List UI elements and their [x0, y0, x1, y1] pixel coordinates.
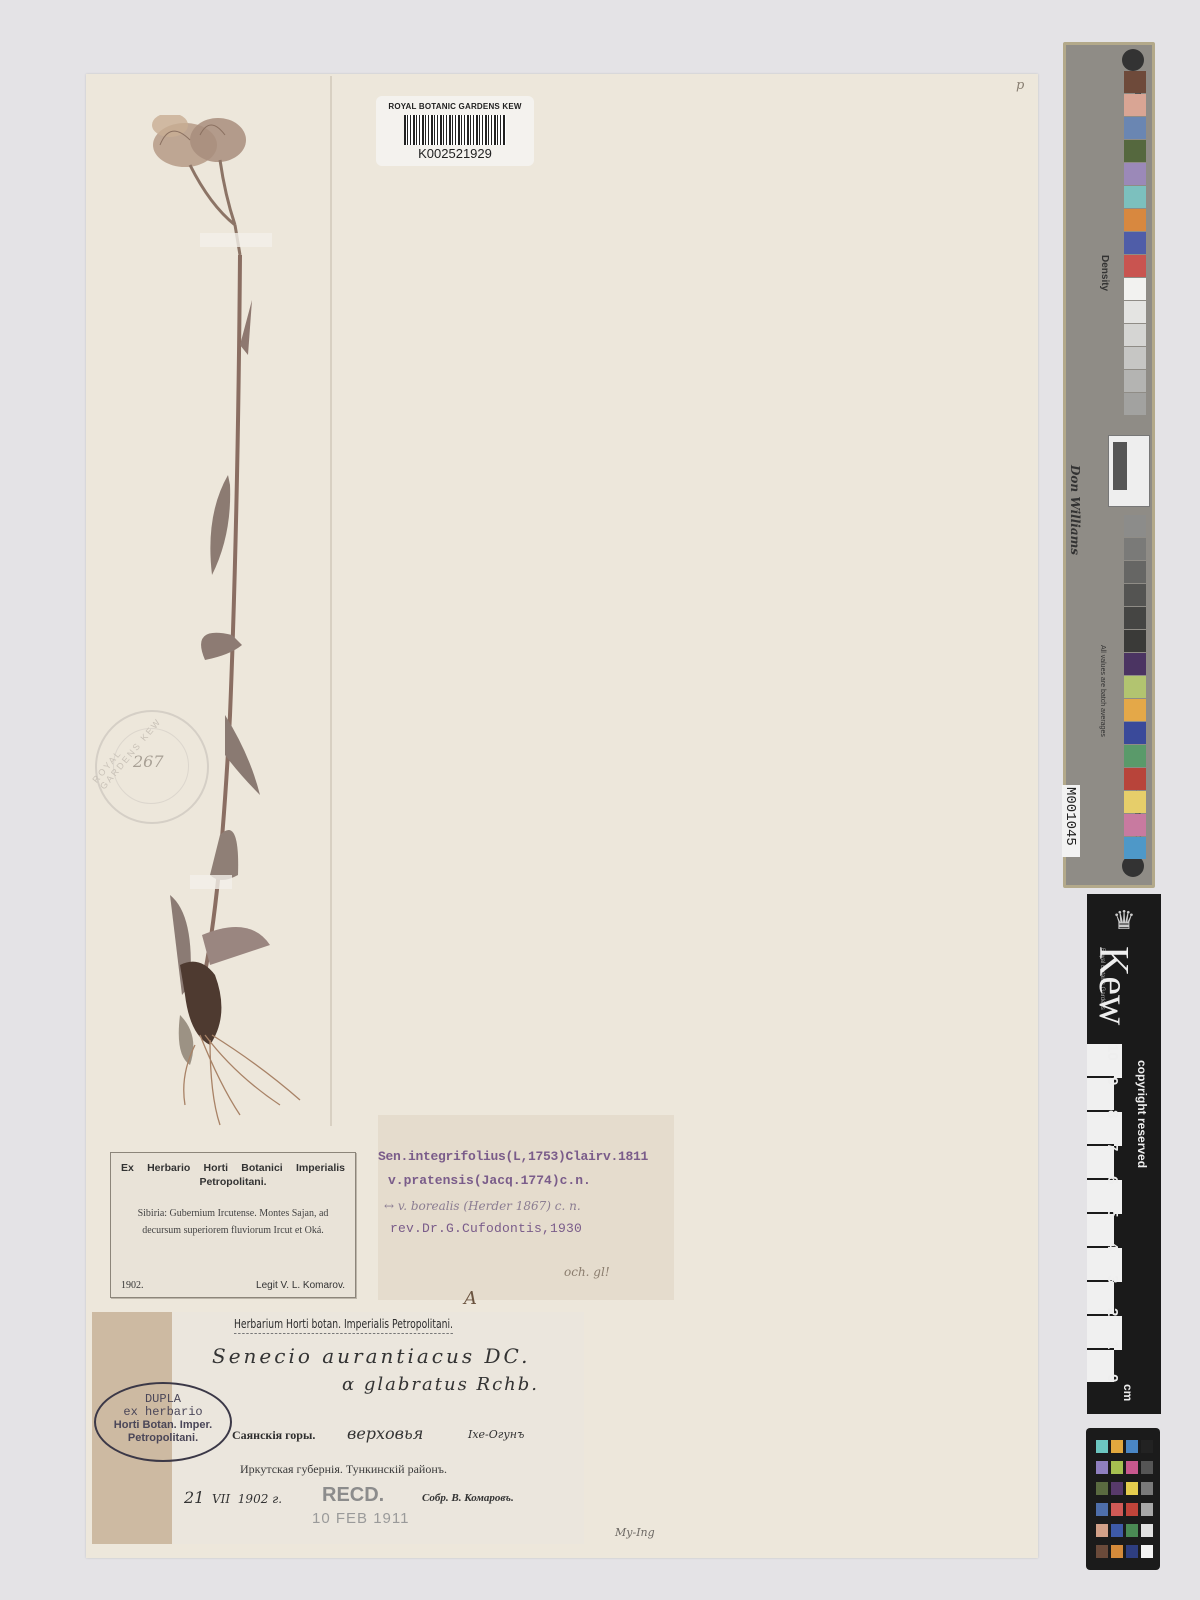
- petropolitani-label: Herbarium Horti botan. Imperialis Petrop…: [172, 1312, 584, 1544]
- barcode-label: ROYAL BOTANIC GARDENS KEW K002521929: [376, 96, 534, 166]
- det-line-1: Sen.integrifolius(L,1753)Clairv.1811: [378, 1149, 648, 1164]
- handwritten-locality: верховья: [347, 1424, 423, 1443]
- checker-cell: [1126, 1545, 1138, 1558]
- color-swatch: [1124, 186, 1146, 208]
- color-swatch: [1124, 699, 1146, 721]
- swatch-column-top: [1124, 71, 1146, 416]
- dupla-stamp: DUPLA ex herbario Horti Botan. Imper. Pe…: [94, 1382, 232, 1462]
- color-swatch: [1124, 71, 1146, 93]
- density-label: Density: [1099, 255, 1110, 291]
- checker-cell: [1126, 1482, 1138, 1495]
- checker-cell: [1141, 1440, 1153, 1453]
- determination-slip: Sen.integrifolius(L,1753)Clairv.1811 v.p…: [378, 1115, 674, 1300]
- ruler-number: 7: [1104, 1143, 1121, 1151]
- stamp-number: 267: [133, 752, 164, 771]
- ruler-number: 10: [1104, 1044, 1121, 1061]
- color-swatch: [1124, 94, 1146, 116]
- checker-cell: [1096, 1503, 1108, 1516]
- maker-label: Don Williams: [1068, 465, 1082, 555]
- checker-cell: [1126, 1503, 1138, 1516]
- kew-logo: Kew: [1089, 946, 1137, 1025]
- color-swatch: [1124, 722, 1146, 744]
- checker-cell: [1141, 1503, 1153, 1516]
- collector: Legit V. L. Komarov.: [256, 1280, 345, 1291]
- color-swatch: [1124, 745, 1146, 767]
- color-swatch: [1124, 232, 1146, 254]
- color-swatch: [1124, 301, 1146, 323]
- checker-cell: [1111, 1482, 1123, 1495]
- checker-cell: [1141, 1524, 1153, 1537]
- unit-label: cm: [1121, 1384, 1135, 1401]
- color-swatch: [1124, 324, 1146, 346]
- color-swatch: [1124, 278, 1146, 300]
- color-swatch: [1124, 837, 1146, 859]
- checker-cell: [1141, 1461, 1153, 1474]
- hole-icon: [1122, 49, 1144, 71]
- checker-cell: [1096, 1440, 1108, 1453]
- locality-line-1: Sibiria: Gubernium Ircutense. Montes Saj…: [119, 1205, 347, 1222]
- collection-year: 1902.: [121, 1280, 144, 1291]
- mounting-strap: [200, 233, 272, 247]
- barcode-icon: [404, 115, 506, 145]
- color-swatch: [1124, 561, 1146, 583]
- barcode-number: K002521929: [376, 146, 534, 161]
- det-note: och. gl!: [564, 1265, 610, 1279]
- handwritten-locality-2: Іхе-Огунъ: [468, 1428, 524, 1441]
- handwritten-name: Senecio aurantiacus DC.: [212, 1344, 530, 1368]
- checker-cell: [1111, 1503, 1123, 1516]
- printed-locality: Саянскія горы.: [232, 1428, 315, 1443]
- color-swatch: [1124, 347, 1146, 369]
- kew-accession-stamp: ROYAL GARDENS KEW 267: [95, 710, 209, 824]
- color-swatch: [1124, 791, 1146, 813]
- received-date: 10 FEB 1911: [312, 1510, 409, 1527]
- label-header: Ex Herbario Horti Botanici Imperialis Pe…: [111, 1153, 355, 1189]
- checker-cell: [1126, 1440, 1138, 1453]
- checker-cell: [1141, 1545, 1153, 1558]
- color-swatch: [1124, 393, 1146, 415]
- det-line-2: v.pratensis(Jacq.1774)c.n.: [388, 1173, 591, 1188]
- copyright-text: copyright reserved: [1135, 1060, 1149, 1168]
- ruler-number: 1: [1104, 1341, 1121, 1349]
- checker-cell: [1096, 1545, 1108, 1558]
- color-swatch: [1124, 607, 1146, 629]
- det-mark: A: [464, 1288, 477, 1309]
- checker-cell: [1096, 1461, 1108, 1474]
- ruler-number: 3: [1104, 1275, 1121, 1283]
- ruler-number: 8: [1104, 1110, 1121, 1118]
- checker-cell: [1126, 1524, 1138, 1537]
- checker-cell: [1111, 1461, 1123, 1474]
- ex-herbario-label: Ex Herbario Horti Botanici Imperialis Pe…: [110, 1152, 356, 1298]
- checker-cell: [1126, 1461, 1138, 1474]
- color-swatch: [1124, 140, 1146, 162]
- corner-mark: p: [1016, 78, 1024, 93]
- royal-crest-icon: ♛: [1109, 902, 1139, 938]
- printed-region: Иркутская губернія. Тункинскій районъ.: [240, 1462, 447, 1477]
- color-swatch: [1124, 653, 1146, 675]
- color-swatch: [1124, 538, 1146, 560]
- ruler-number: 0: [1104, 1374, 1121, 1382]
- checker-cell: [1111, 1440, 1123, 1453]
- swatch-column-bottom: [1124, 515, 1146, 860]
- det-line-4: rev.Dr.G.Cufodontis,1930: [390, 1221, 582, 1236]
- color-swatch: [1124, 584, 1146, 606]
- color-swatch: [1124, 515, 1146, 537]
- grey-insert: [1108, 435, 1150, 507]
- checker-cell: [1096, 1482, 1108, 1495]
- ruler-number: 4: [1104, 1242, 1121, 1250]
- ruler-number: 6: [1104, 1176, 1121, 1184]
- color-swatch: [1124, 255, 1146, 277]
- det-line-3: ↔ v. borealis (Herder 1867) c. n.: [384, 1199, 581, 1213]
- color-swatch: [1124, 768, 1146, 790]
- checker-cell: [1096, 1524, 1108, 1537]
- label-header: Herbarium Horti botan. Imperialis Petrop…: [234, 1316, 453, 1334]
- collection-date: 21 VII 1902 г.: [184, 1488, 282, 1507]
- checker-cell: [1141, 1482, 1153, 1495]
- ruler-number: 9: [1104, 1077, 1121, 1085]
- checker-cell: [1111, 1545, 1123, 1558]
- pencil-note: My-Ing: [615, 1526, 655, 1539]
- collector: Собр. В. Комаровъ.: [422, 1492, 514, 1504]
- received-stamp: RECD.: [322, 1484, 384, 1507]
- mini-color-checker: [1086, 1428, 1160, 1570]
- institution-name: ROYAL BOTANIC GARDENS KEW: [376, 102, 534, 111]
- chart-id: M001045: [1062, 785, 1080, 857]
- color-swatch: [1124, 209, 1146, 231]
- plant-specimen: [140, 115, 340, 1145]
- locality-line-2: decursum superiorem fluviorum Ircut et O…: [119, 1222, 347, 1239]
- ruler-number: 5: [1104, 1209, 1121, 1217]
- color-calibration-chart: inches Density Don Williams All values a…: [1063, 42, 1155, 888]
- color-swatch: [1124, 163, 1146, 185]
- flower-heads-icon: [152, 115, 246, 167]
- color-swatch: [1124, 676, 1146, 698]
- handwritten-variety: α glabratus Rchb.: [342, 1374, 539, 1395]
- color-swatch: [1124, 117, 1146, 139]
- color-swatch: [1124, 814, 1146, 836]
- checker-cell: [1111, 1524, 1123, 1537]
- batch-note: All values are batch averages: [1099, 645, 1106, 737]
- color-swatch: [1124, 370, 1146, 392]
- ruler-number: 2: [1104, 1308, 1121, 1316]
- kew-scale-bar: ♛ Royal Botanic Gardens Kew copyright re…: [1087, 894, 1161, 1414]
- color-swatch: [1124, 630, 1146, 652]
